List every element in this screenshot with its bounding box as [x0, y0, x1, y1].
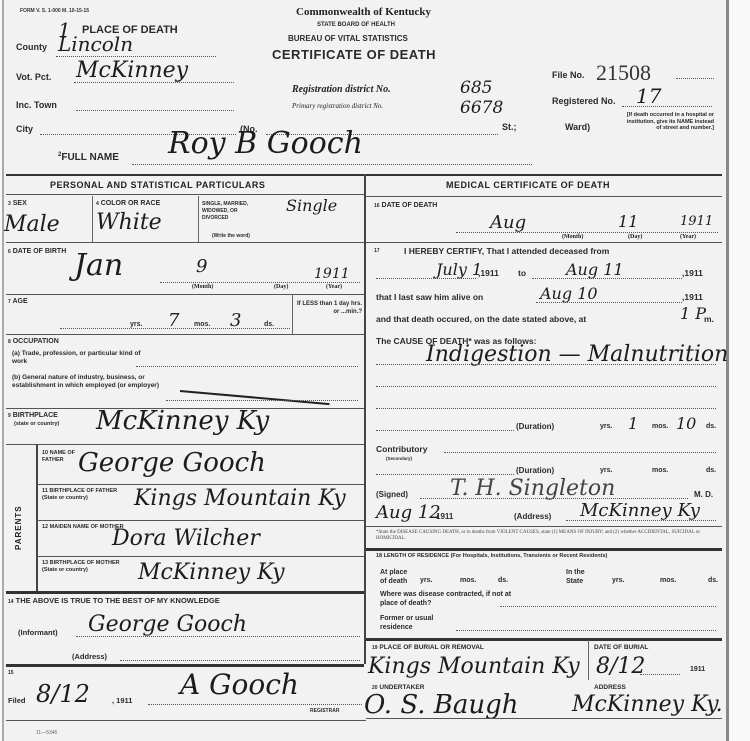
contributory-ds-caption: ds. [706, 467, 716, 474]
last-saw-text: that I last saw him alive on [376, 292, 483, 302]
hospital-note: [If death occurred in a hospital or inst… [626, 112, 714, 132]
disease-contracted-line [500, 606, 716, 607]
dob-day-caption: (Day) [274, 284, 288, 290]
attended-from-line [376, 278, 476, 279]
footnote-bottom-rule [366, 548, 722, 551]
dob-year-caption: (Year) [326, 284, 342, 290]
parents-side-label: PARENTS [14, 505, 23, 550]
dod-day-caption: (Day) [628, 234, 642, 240]
row-rule-3 [6, 334, 364, 335]
informant-address-line [120, 660, 360, 661]
full-name-line [132, 164, 532, 165]
burial-date-label: DATE OF BURIAL [594, 644, 648, 651]
last-saw-line [536, 302, 682, 303]
death-time: 1 P [680, 304, 706, 323]
medical-rule-1 [366, 242, 722, 243]
age-less-than-day: If LESS than 1 day hrs. or ...min.? [296, 300, 362, 316]
parents-rule-2 [36, 520, 364, 521]
registered-no-value: 17 [636, 84, 661, 108]
registered-no-line [622, 106, 712, 107]
filed-label: Filed [8, 696, 26, 705]
cause-line-1 [376, 364, 716, 365]
death-time-suffix: m. [704, 314, 714, 324]
vot-pct-label: Vot. Pct. [16, 72, 51, 82]
color-value: White [96, 210, 162, 235]
registrar-label: REGISTRAR [310, 708, 339, 714]
mother-birthplace-value: McKinney Ky [138, 560, 285, 585]
birthplace-value: McKinney Ky [96, 406, 269, 436]
vot-pct-line [74, 82, 234, 83]
attended-to-year: ,1911 [682, 268, 703, 278]
age-yrs-caption: yrs. [130, 321, 142, 328]
county-label: County [16, 42, 47, 52]
age-ds-caption: ds. [264, 321, 274, 328]
at-place-ds: ds. [498, 577, 508, 584]
board-title: STATE BOARD OF HEALTH [317, 22, 395, 28]
filed-year: , 1911 [112, 696, 132, 705]
filed-bottom-rule [6, 720, 366, 721]
medical-address-label: (Address) [514, 512, 551, 521]
occupation-b-label: (b) General nature of industry, business… [12, 374, 172, 390]
personal-title-rule [6, 194, 364, 195]
vot-pct-value: McKinney [76, 58, 188, 83]
row-rule-1 [6, 242, 364, 243]
registrar-signature: A Gooch [180, 668, 299, 701]
parents-bottom-rule [6, 591, 364, 594]
attended-from-year: ,1911 [478, 268, 499, 278]
contributory-duration-line [376, 474, 514, 475]
filed-number: 15 [8, 670, 14, 676]
birthplace-hint: (state or country) [14, 421, 59, 427]
burial-date-line [640, 674, 680, 675]
last-saw-value: Aug 10 [540, 284, 598, 303]
burial-divider [588, 640, 589, 680]
cause-footnote: *State the DISEASE CAUSING DEATH, or in … [376, 530, 716, 542]
duration-label: (Duration) [516, 422, 554, 431]
row-rule-2 [6, 294, 364, 295]
parents-divider [36, 444, 38, 592]
burial-date-value: 8/12 [596, 654, 645, 679]
sex-divider [92, 196, 93, 242]
color-divider [198, 196, 199, 242]
mother-name-value: Dora Wilcher [112, 526, 260, 551]
md-label: M. D. [694, 490, 713, 499]
dod-line [456, 232, 718, 233]
full-name-label: 2FULL NAME [58, 152, 119, 163]
occupation-label: 8 OCCUPATION [8, 338, 59, 345]
former-residence-line [456, 630, 716, 631]
birthplace-label: 9 BIRTHPLACE [8, 412, 58, 419]
at-place-yrs: yrs. [420, 577, 432, 584]
commonwealth-title: Commonwealth of Kentucky [296, 6, 431, 18]
in-state-ds: ds. [708, 577, 718, 584]
inc-town-label: Inc. Town [16, 100, 57, 110]
city-label: City [16, 124, 33, 134]
last-saw-year: ,1911 [682, 292, 703, 302]
ward-label: Ward) [565, 122, 590, 132]
marital-hint: (Write the word) [212, 233, 250, 239]
medical-title-rule [366, 196, 722, 197]
undertaker-address-value: McKinney Ky. [572, 692, 723, 717]
informant-line [76, 636, 360, 637]
dob-day: 9 [196, 256, 207, 277]
marital-options: SINGLE, MARRIED, WIDOWED, OR DIVORCED [202, 201, 262, 222]
residence-label: 18 LENGTH OF RESIDENCE (For Hospitals, I… [376, 553, 716, 560]
occupation-b-line [166, 400, 358, 401]
registration-district-value: 685 [460, 78, 492, 98]
at-place-mos: mos. [460, 577, 476, 584]
occupation-a-line [136, 366, 358, 367]
contributory-sub: (Secondary) [386, 456, 412, 461]
dod-year: 1911 [680, 214, 713, 229]
informant-statement: 14 THE ABOVE IS TRUE TO THE BEST OF MY K… [8, 596, 220, 605]
footnote-top-rule [366, 526, 722, 527]
burial-date-year: 1911 [690, 666, 705, 673]
age-divider [292, 294, 293, 334]
certify-text: I HEREBY CERTIFY, That I attended deceas… [404, 246, 609, 256]
informant-bottom-rule [6, 664, 364, 667]
signed-line [420, 498, 688, 499]
dod-day: 11 [618, 212, 638, 231]
age-mos-value: 7 [168, 310, 179, 331]
left-edge [2, 0, 4, 741]
age-mos-caption: mos. [194, 321, 210, 328]
contributory-line [444, 452, 716, 453]
sex-label: 3 SEX [8, 200, 27, 207]
filed-value: 8/12 [36, 680, 90, 708]
contributory-yrs-caption: yrs. [600, 467, 612, 474]
in-state-yrs: yrs. [612, 577, 624, 584]
footer-code: 11—5346 [36, 730, 57, 736]
dod-month: Aug [490, 212, 526, 233]
contributory-duration-label: (Duration) [516, 466, 554, 475]
duration-yrs-caption: yrs. [600, 423, 612, 430]
cause-line-2 [376, 386, 716, 387]
father-name-value: George Gooch [78, 448, 266, 478]
dob-line [160, 282, 360, 283]
signed-label: (Signed) [376, 490, 408, 499]
death-certificate: FORM V. S. 1-000 M. 10-15-15 PLACE OF DE… [0, 0, 750, 741]
dob-label: 6 DATE OF BIRTH [8, 248, 66, 255]
certificate-title: CERTIFICATE OF DEATH [272, 47, 436, 62]
county-line [56, 56, 216, 57]
occupation-a-label: (a) Trade, profession, or particular kin… [12, 350, 142, 366]
age-ds-value: 3 [230, 310, 241, 331]
full-name-value: Roy B Gooch [168, 126, 363, 161]
signed-date: Aug 12 [376, 502, 441, 523]
dob-year: 1911 [314, 266, 350, 282]
primary-district-value: 6678 [460, 98, 503, 118]
at-place-label: At place of death [380, 568, 414, 586]
certify-number: 17 [374, 248, 380, 254]
medical-address-line [566, 520, 716, 521]
attended-from: July 1 [436, 260, 482, 279]
age-label: 7 AGE [8, 298, 28, 305]
in-state-label: In the State [566, 568, 596, 586]
color-label: 4 COLOR OR RACE [96, 200, 160, 207]
registrar-line [148, 704, 362, 705]
registration-district-label: Registration district No. [292, 84, 391, 95]
father-birthplace-value: Kings Mountain Ky [134, 486, 346, 511]
dod-year-caption: (Year) [680, 234, 696, 240]
attended-to: Aug 11 [566, 260, 624, 279]
undertaker-value: O. S. Baugh [364, 690, 518, 720]
burial-place-label: 19 PLACE OF BURIAL OR REMOVAL [372, 644, 484, 651]
personal-section-title: PERSONAL AND STATISTICAL PARTICULARS [50, 180, 265, 190]
duration-ds-caption: ds. [706, 423, 716, 430]
center-divider [364, 174, 366, 664]
marital-value: Single [286, 196, 337, 215]
duration-mos-value: 1 [628, 414, 638, 433]
attended-to-label: to [518, 268, 526, 278]
former-residence-label: Former or usual residence [380, 614, 460, 632]
father-name-label: 10 NAME OF FATHER [42, 450, 82, 464]
file-no-value: 21508 [596, 60, 651, 86]
dod-month-caption: (Month) [562, 234, 583, 240]
father-birthplace-label: 11 BIRTHPLACE OF FATHER (State or countr… [42, 488, 132, 502]
parents-rule-3 [36, 556, 364, 557]
inc-town-line [76, 110, 234, 111]
duration-line [376, 430, 514, 431]
duration-ds-value: 10 [676, 414, 696, 433]
disease-contracted-label: Where was disease contracted, if not at … [380, 590, 520, 608]
sex-value: Male [4, 212, 60, 237]
registered-no-label: Registered No. [552, 96, 616, 106]
form-number: FORM V. S. 1-000 M. 10-15-15 [20, 8, 89, 14]
burial-bottom-rule [366, 718, 722, 719]
dob-month-caption: (Month) [192, 284, 213, 290]
attended-to-line [532, 278, 682, 279]
file-no-line [676, 78, 714, 79]
duration-mos-caption: mos. [652, 423, 668, 430]
st-label: St.; [502, 122, 517, 132]
cause-line-3 [376, 408, 716, 409]
burial-place-value: Kings Mountain Ky [368, 654, 580, 679]
primary-district-label: Primary registration district No. [292, 102, 383, 110]
mother-birthplace-label: 13 BIRTHPLACE OF MOTHER (State or countr… [42, 560, 132, 574]
signed-year: 1911 [436, 512, 453, 521]
right-edge [726, 0, 729, 741]
residence-bottom-rule [366, 638, 722, 641]
informant-address-label: (Address) [72, 652, 107, 661]
file-no-label: File No. [552, 70, 585, 80]
informant-label: (Informant) [18, 628, 58, 637]
death-occurred-text: and that death occured, on the date stat… [376, 314, 586, 324]
dod-label: 16 DATE OF DEATH [374, 202, 437, 209]
undertaker-address-label: ADDRESS [594, 684, 626, 691]
parents-rule-1 [36, 484, 364, 485]
informant-value: George Gooch [88, 612, 247, 637]
bureau-title: BUREAU OF VITAL STATISTICS [288, 34, 408, 43]
medical-section-title: MEDICAL CERTIFICATE OF DEATH [446, 180, 610, 190]
contributory-mos-caption: mos. [652, 467, 668, 474]
medical-address-value: McKinney Ky [580, 500, 700, 521]
row-rule-5 [6, 444, 364, 445]
county-value: Lincoln [58, 32, 133, 56]
dob-month: Jan [74, 248, 123, 283]
in-state-mos: mos. [660, 577, 676, 584]
contributory-label: Contributory [376, 444, 427, 454]
